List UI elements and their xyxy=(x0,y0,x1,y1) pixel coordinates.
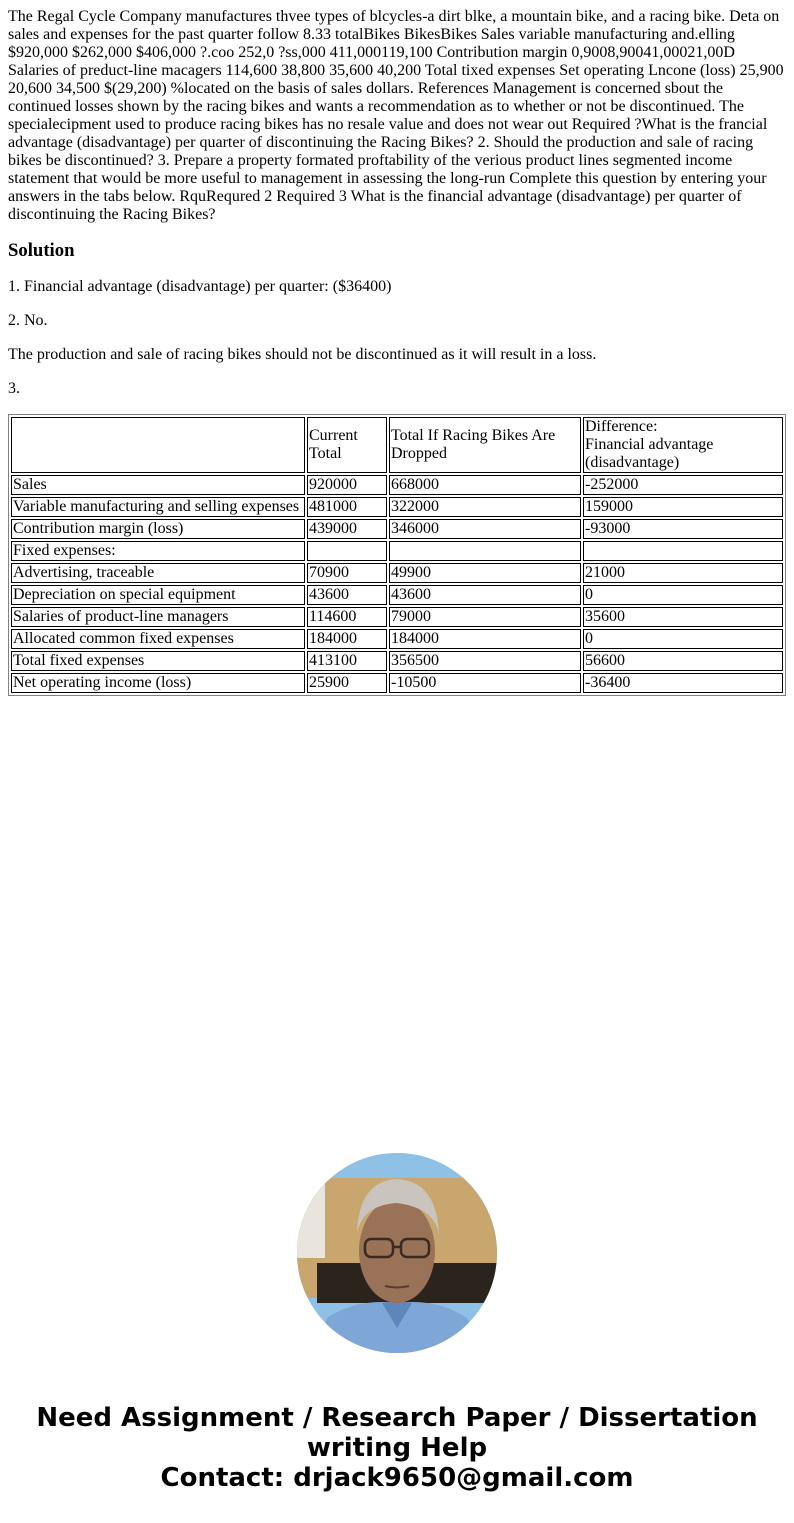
row-label: Advertising, traceable xyxy=(11,563,305,583)
header-difference-line2: Financial advantage (disadvantage) xyxy=(585,436,713,471)
total-if-dropped-cell: 356500 xyxy=(389,651,581,671)
difference-cell: 0 xyxy=(583,629,783,649)
total-if-dropped-cell: 184000 xyxy=(389,629,581,649)
current-total-cell: 25900 xyxy=(307,673,387,693)
table-row: Variable manufacturing and selling expen… xyxy=(11,497,783,517)
difference-cell: -252000 xyxy=(583,475,783,495)
answer-2: 2. No. xyxy=(8,312,786,330)
total-if-dropped-cell: -10500 xyxy=(389,673,581,693)
row-label: Allocated common fixed expenses xyxy=(11,629,305,649)
current-total-cell: 114600 xyxy=(307,607,387,627)
current-total-cell: 184000 xyxy=(307,629,387,649)
answer-1: 1. Financial advantage (disadvantage) pe… xyxy=(8,278,786,296)
table-header-row: Current Total Total If Racing Bikes Are … xyxy=(11,417,783,473)
segmented-income-statement-table: Current Total Total If Racing Bikes Are … xyxy=(8,414,786,696)
difference-cell: 0 xyxy=(583,585,783,605)
table-row: Fixed expenses: xyxy=(11,541,783,561)
header-cell-blank xyxy=(11,417,305,473)
difference-cell: -93000 xyxy=(583,519,783,539)
answer-2-explanation: The production and sale of racing bikes … xyxy=(8,346,786,364)
table-row: Depreciation on special equipment4360043… xyxy=(11,585,783,605)
author-avatar xyxy=(297,1153,497,1353)
total-if-dropped-cell: 49900 xyxy=(389,563,581,583)
table-row: Allocated common fixed expenses184000184… xyxy=(11,629,783,649)
solution-heading: Solution xyxy=(8,240,786,262)
total-if-dropped-cell xyxy=(389,541,581,561)
total-if-dropped-cell: 43600 xyxy=(389,585,581,605)
row-label: Contribution margin (loss) xyxy=(11,519,305,539)
table-row: Salaries of product-line managers1146007… xyxy=(11,607,783,627)
question-text: The Regal Cycle Company manufactures thv… xyxy=(8,8,786,224)
difference-cell: 56600 xyxy=(583,651,783,671)
table-row: Sales920000668000-252000 xyxy=(11,475,783,495)
header-current-total: Current Total xyxy=(307,417,387,473)
row-label: Fixed expenses: xyxy=(11,541,305,561)
person-photo-icon xyxy=(297,1153,497,1353)
current-total-cell: 481000 xyxy=(307,497,387,517)
current-total-cell: 439000 xyxy=(307,519,387,539)
difference-cell: 159000 xyxy=(583,497,783,517)
current-total-cell: 413100 xyxy=(307,651,387,671)
total-if-dropped-cell: 346000 xyxy=(389,519,581,539)
total-if-dropped-cell: 322000 xyxy=(389,497,581,517)
table-row: Total fixed expenses41310035650056600 xyxy=(11,651,783,671)
header-difference-line1: Difference: xyxy=(585,418,658,435)
table-row: Advertising, traceable709004990021000 xyxy=(11,563,783,583)
footer-line-1: Need Assignment / Research Paper / Disse… xyxy=(0,1403,794,1433)
difference-cell: -36400 xyxy=(583,673,783,693)
footer-line-2: writing Help xyxy=(0,1433,794,1463)
current-total-cell: 920000 xyxy=(307,475,387,495)
footer-line-3: Contact: drjack9650@gmail.com xyxy=(0,1463,794,1493)
row-label: Variable manufacturing and selling expen… xyxy=(11,497,305,517)
total-if-dropped-cell: 79000 xyxy=(389,607,581,627)
page-content: The Regal Cycle Company manufactures thv… xyxy=(0,0,794,696)
difference-cell: 35600 xyxy=(583,607,783,627)
current-total-cell xyxy=(307,541,387,561)
header-total-if-dropped: Total If Racing Bikes Are Dropped xyxy=(389,417,581,473)
row-label: Sales xyxy=(11,475,305,495)
row-label: Salaries of product-line managers xyxy=(11,607,305,627)
table-row: Contribution margin (loss)439000346000-9… xyxy=(11,519,783,539)
current-total-cell: 43600 xyxy=(307,585,387,605)
total-if-dropped-cell: 668000 xyxy=(389,475,581,495)
current-total-cell: 70900 xyxy=(307,563,387,583)
row-label: Total fixed expenses xyxy=(11,651,305,671)
header-difference: Difference: Financial advantage (disadva… xyxy=(583,417,783,473)
contact-footer: Need Assignment / Research Paper / Disse… xyxy=(0,1403,794,1493)
answer-3-label: 3. xyxy=(8,380,786,398)
table-row: Net operating income (loss)25900-10500-3… xyxy=(11,673,783,693)
row-label: Depreciation on special equipment xyxy=(11,585,305,605)
difference-cell: 21000 xyxy=(583,563,783,583)
row-label: Net operating income (loss) xyxy=(11,673,305,693)
difference-cell xyxy=(583,541,783,561)
